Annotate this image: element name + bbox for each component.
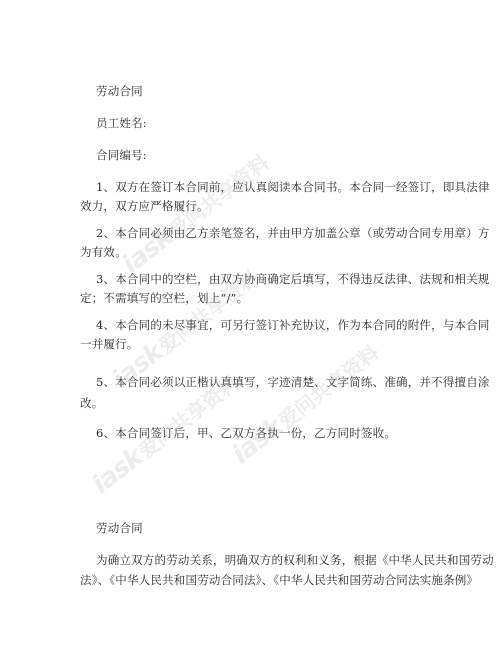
document-page: 劳动合同 员工姓名: 合同编号: 1、双方在签订本合同前，应认真阅读本合同书。本… — [0, 0, 500, 647]
watermark-brand: iask — [227, 412, 289, 470]
clause-5-line-2: 改。 — [80, 396, 103, 410]
clause-5-line-1: 5、本合同必须以正楷认真填写，字迹清楚、文字简练、准确，并不得擅自涂 — [96, 375, 490, 389]
employee-name-label: 员工姓名: — [96, 116, 147, 130]
clause-2-line-1: 2、本合同必须由乙方亲笔签名，并由甲方加盖公章（或劳动合同专用章）方 — [96, 226, 490, 240]
watermark: iask爱问共享资料 — [227, 337, 385, 470]
watermark-brand: iask — [87, 442, 149, 500]
intro-line-1: 为确立双方的劳动关系，明确双方的权利和义务，根据《中华人民共和国劳动 — [96, 553, 494, 567]
watermark: iask爱问共享资料 — [117, 147, 275, 280]
intro-line-2: 法》、《中华人民共和国劳动合同法》、《中华人民共和国劳动合同法实施条例》 — [80, 573, 478, 587]
clause-1-line-1: 1、双方在签订本合同前，应认真阅读本合同书。本合同一经签订，即具法律 — [96, 180, 490, 194]
clause-3-line-1: 3、本合同中的空栏，由双方协商确定后填写，不得违反法律、法规和相关规 — [96, 272, 490, 286]
section-2-title: 劳动合同 — [96, 521, 143, 535]
document-title: 劳动合同 — [96, 84, 143, 98]
clause-1-line-2: 效力，双方应严格履行。 — [80, 199, 209, 213]
contract-number-label: 合同编号: — [96, 148, 147, 162]
clause-6-line-1: 6、本合同签订后，甲、乙双方各执一份，乙方同时签收。 — [96, 426, 396, 440]
clause-4-line-1: 4、本合同的未尽事宜，可另行签订补充协议，作为本合同的附件，与本合同 — [96, 318, 490, 332]
clause-2-line-2: 为有效。 — [80, 245, 127, 259]
clause-3-line-2: 定；不需填写的空栏，划上“/”。 — [80, 291, 248, 305]
clause-4-line-2: 一并履行。 — [80, 337, 139, 351]
